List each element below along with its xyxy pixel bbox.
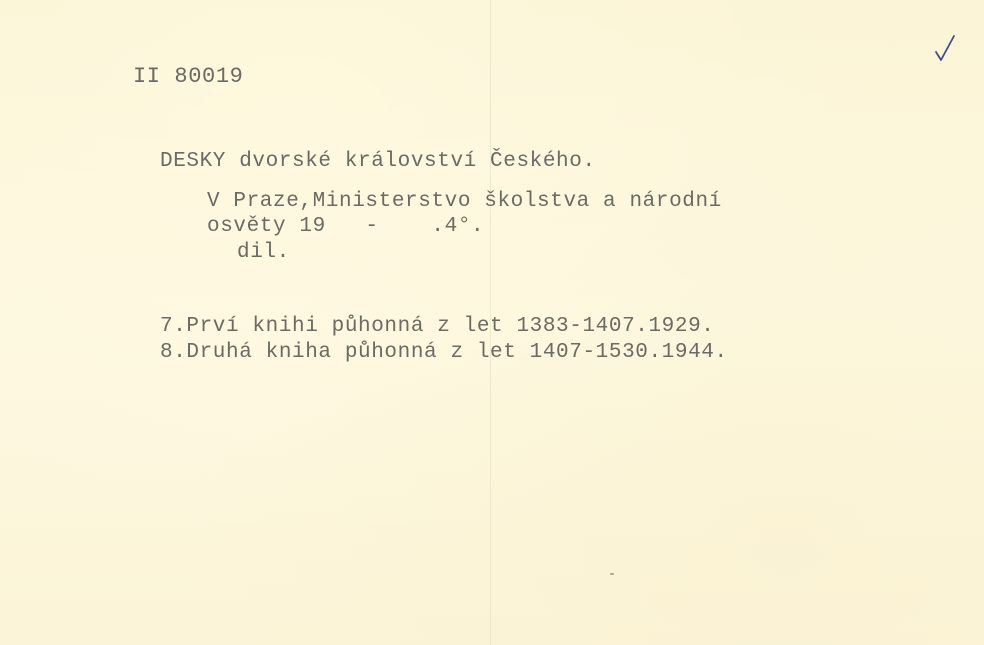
volume-entry: 7.Prví knihi půhonná z let 1383-1407.192… (160, 316, 715, 337)
catalog-card: II 80019 DESKY dvorské království Českéh… (0, 0, 984, 645)
imprint-publisher: V Praze,Ministerstvo školstva a národní (207, 191, 722, 212)
checkmark-icon (933, 33, 957, 63)
volume-entry: 8.Druhá kniha půhonná z let 1407-1530.19… (160, 342, 728, 363)
paper-speck (610, 573, 614, 575)
record-title: DESKY dvorské království Českého. (160, 151, 596, 172)
imprint-volume-label: dil. (237, 242, 290, 263)
call-number: II 80019 (133, 66, 243, 88)
imprint-date-format: osvěty 19 - .4°. (207, 216, 484, 237)
